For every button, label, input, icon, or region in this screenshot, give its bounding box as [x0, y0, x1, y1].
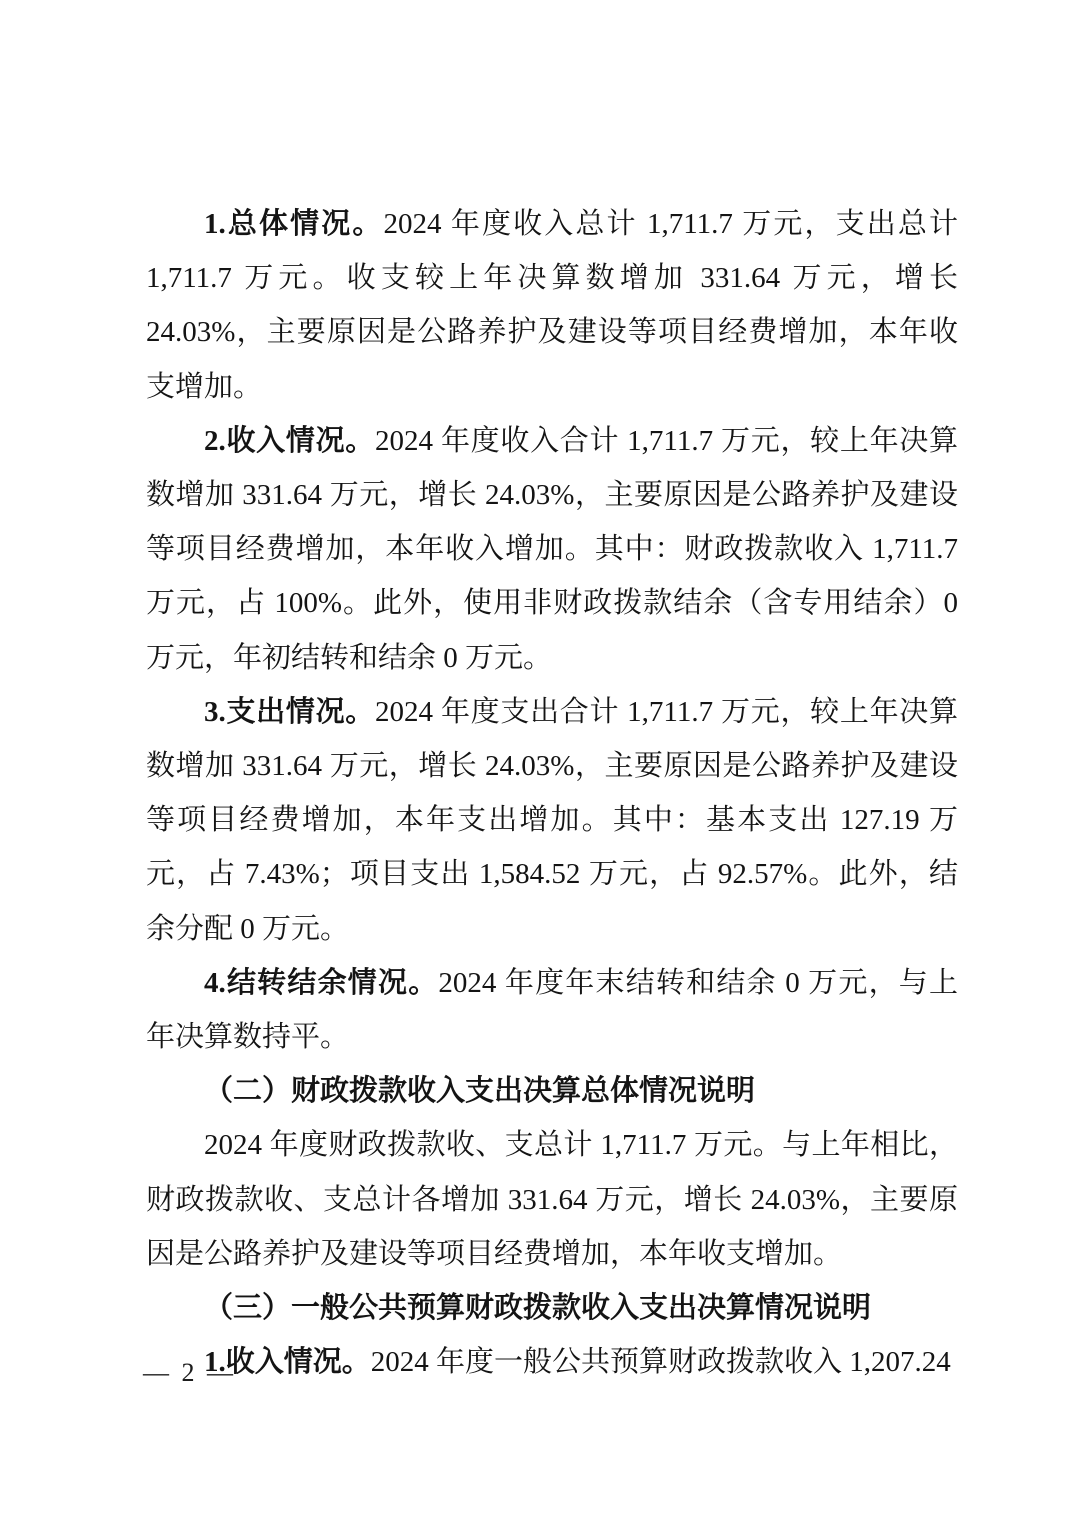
- heading-fiscal-allocation-overall: （二）财政拨款收入支出决算总体情况说明: [146, 1064, 958, 1118]
- para-income-text: 2024 年度收入合计 1,711.7 万元，较上年决算数增加 331.64 万…: [146, 425, 958, 674]
- para-income-lead: 2.收入情况。: [204, 425, 375, 457]
- page-number: — 2 —: [143, 1358, 236, 1388]
- document-page: 1.总体情况。2024 年度收入总计 1,711.7 万元，支出总计 1,711…: [0, 0, 1074, 1520]
- para-carryover-situation: 4.结转结余情况。2024 年度年末结转和结余 0 万元，与上年决算数持平。: [146, 956, 958, 1064]
- para-fiscal-allocation-detail: 2024 年度财政拨款收、支总计 1,711.7 万元。与上年相比，财政拨款收、…: [146, 1118, 958, 1281]
- para-expenditure-situation: 3.支出情况。2024 年度支出合计 1,711.7 万元，较上年决算数增加 3…: [146, 685, 958, 956]
- heading-general-public-budget-text: （三）一般公共预算财政拨款收入支出决算情况说明: [204, 1292, 871, 1324]
- para-fiscal-allocation-detail-text: 2024 年度财政拨款收、支总计 1,711.7 万元。与上年相比，财政拨款收、…: [146, 1129, 958, 1269]
- para-overall-situation: 1.总体情况。2024 年度收入总计 1,711.7 万元，支出总计 1,711…: [146, 197, 958, 414]
- para-income-situation: 2.收入情况。2024 年度收入合计 1,711.7 万元，较上年决算数增加 3…: [146, 414, 958, 685]
- para-overall-lead: 1.总体情况。: [204, 208, 383, 240]
- document-content: 1.总体情况。2024 年度收入总计 1,711.7 万元，支出总计 1,711…: [146, 197, 958, 1389]
- para-general-budget-income-text: 2024 年度一般公共预算财政拨款收入 1,207.24: [371, 1346, 951, 1378]
- para-expenditure-lead: 3.支出情况。: [204, 696, 375, 728]
- para-expenditure-text: 2024 年度支出合计 1,711.7 万元，较上年决算数增加 331.64 万…: [146, 696, 958, 945]
- para-carryover-lead: 4.结转结余情况。: [204, 967, 438, 999]
- heading-fiscal-allocation-overall-text: （二）财政拨款收入支出决算总体情况说明: [204, 1075, 755, 1107]
- heading-general-public-budget: （三）一般公共预算财政拨款收入支出决算情况说明: [146, 1281, 958, 1335]
- para-general-budget-income: 1.收入情况。2024 年度一般公共预算财政拨款收入 1,207.24: [146, 1335, 958, 1389]
